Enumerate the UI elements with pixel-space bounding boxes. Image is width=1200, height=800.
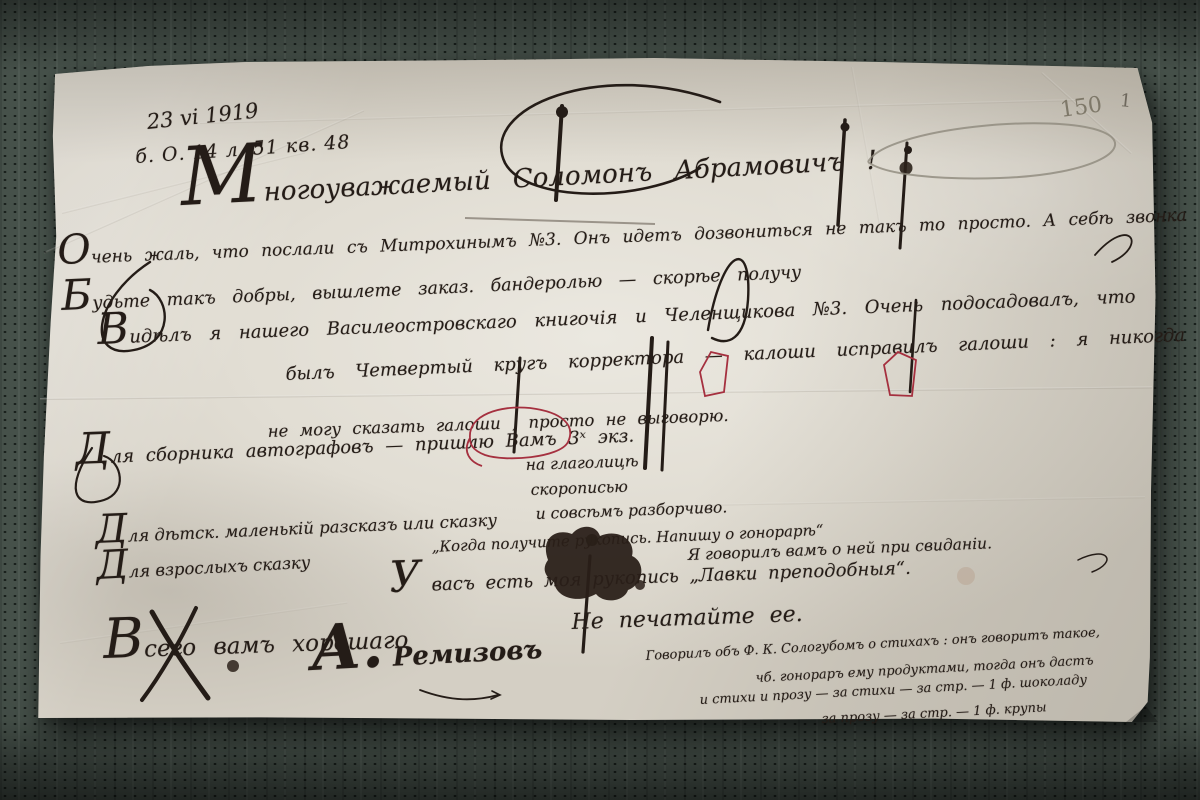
page-number: 1 [1119,92,1132,111]
photo-of-handwritten-letter: 150 1 23 vi 1919 б. О. 14 л. 51 кв. 48 М… [0,0,1200,800]
catalog-number: 150 [1059,94,1104,122]
letter-line: на глаголицѣ [525,454,638,473]
letter-line: скорописью [530,480,628,499]
